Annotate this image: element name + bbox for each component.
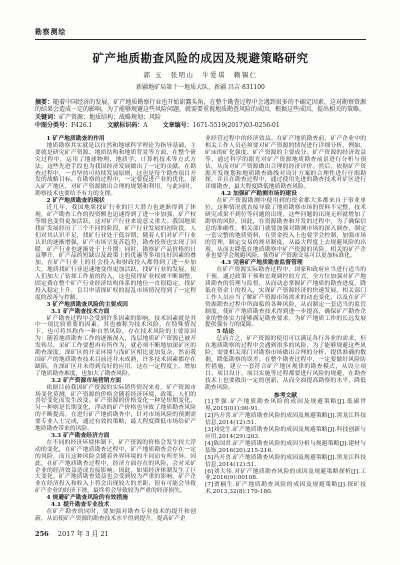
paragraph: 地质勘察其实就是以自然和地球科学理论为指导基础，主要就是研究矿产资源、地质结构和… <box>35 143 196 198</box>
reference-item: [7]贾楠生.矿产地质勘查风险的成因及规避策略[J].探矿技术,2013,32(… <box>205 482 366 496</box>
keywords-label: 关键词： <box>35 114 59 121</box>
keywords-block: 关键词：矿产资源；地质结构；战略规划；风险 <box>35 114 366 122</box>
classification-line: 中图分类号：F426.1 文献标识码：A 文章编号：1671-5519(2017… <box>35 122 366 130</box>
page-content: 勘察测绘 矿产地质勘查风险的成因及规避策略研究 郭 玉 张明山 牛爱琪 赖锡仁 … <box>35 26 366 523</box>
section-heading: 4 规避矿产勘查风险的有效措施 <box>35 495 196 502</box>
paragraph: 依据目前我国矿产资源的实际销售情况来看，矿产资源市场变化莫测，矿产资源的价格会随… <box>35 385 196 433</box>
clc-number: 中图分类号：F426.1 <box>35 122 92 129</box>
authors-line: 郭 玉 张明山 牛爱琪 赖锡仁 <box>35 70 366 79</box>
two-column-body: 1 矿产地质勘查的作用 地质勘察其实就是以自然和地球科学理论为指导基础，主要就是… <box>35 136 366 523</box>
journal-section-tag: 勘察测绘 <box>35 26 366 36</box>
abstract-block: 摘要：随着中国经济的发展，矿产地质勘察行业也开始崭露头角，在整个勘查过程中会遇到… <box>35 99 366 114</box>
subsection-heading: 3.2 矿产资源市场营销方面 <box>35 378 196 385</box>
subsection-heading: 3.1 矿产勘查技术方面 <box>35 309 196 316</box>
reference-item: [6]刘大伟.对矿产地质勘查风险的成因及规避策略探析[J].工业,2016(9)… <box>205 469 366 483</box>
abstract-label: 摘要： <box>35 99 53 106</box>
page-number: 256 <box>35 530 49 538</box>
header-rule <box>35 39 366 40</box>
subsection-heading: 3.3 矿产勘查经济方面 <box>35 433 196 440</box>
section-heading: 3 矿产地质勘查风险的主要成因 <box>35 302 196 309</box>
paragraph: 总而言之，矿产资源的使用可以满足各行各业的需求，但在地质勘察的过程中会遇到很多的… <box>205 336 366 391</box>
paragraph: 在不同的经济环境体制下，矿产资源的价格会发生较大浮动的变化，在矿产地质勘查过程中… <box>35 440 196 495</box>
paragraph: 在矿产资源实际勘查过程中，国家和政府应当进行适当的干预，通过政策干预和宏观调控的… <box>205 267 366 329</box>
paragraph: 矿产勘查过程中会受到许多因素的影响，技术因素就是其中一项比较重要的因素，其也被称… <box>35 316 196 378</box>
reference-item: [1]罗强.矿产地质勘查风险的成因及规避策略[J].低碳世界,2015(01):… <box>205 399 366 413</box>
affiliation-line: 新疆地矿局第十一地质大队，新疆 昌吉 831100 <box>35 82 366 91</box>
issue-date: 2017 年 3 月 21 <box>58 530 109 538</box>
paper-title: 矿产地质勘查风险的成因及规避策略研究 <box>35 50 366 66</box>
reference-item: [2]冯开喜.矿产地质勘查风险的成因及规避策略[J].黑龙江科技信息,2014(… <box>205 413 366 427</box>
paper-page: 勘察测绘 矿产地质勘查风险的成因及规避策略研究 郭 玉 张明山 牛爱琪 赖锡仁 … <box>0 0 400 565</box>
document-code: 文献标识码：A <box>107 122 147 129</box>
article-number: 文章编号：1671-5519(2017)03-0256-01 <box>163 122 280 129</box>
paragraph-continuation: 业经营过程中的经济效益。在矿产地质勘查前，矿产企业中的相关工作人员必须要对矿产资… <box>205 136 366 191</box>
section-heading: 1 矿产地质勘查的作用 <box>35 136 196 143</box>
paragraph: 在矿产勘查的同时，要加强对勘查专业技术的提升和创新，从而使矿产资源的勘查技术水平… <box>35 509 196 523</box>
paragraph: 近几年，我国地质找矿行业的巨大潜力也逐渐得到了体现，矿产勘查工作的投资额也迅速得… <box>35 205 196 302</box>
reference-item: [5]冯开喜.矿产地质勘查风险的成因及规避策略[J].黑龙江科技信息,2014(… <box>205 455 366 469</box>
abstract-text: 随着中国经济的发展，矿产地质勘察行业也开始崭露头角，在整个勘查过程中会遇到很多的… <box>35 99 366 114</box>
keywords-text: 矿产资源；地质结构；战略规划；风险 <box>59 114 161 121</box>
paragraph: 在矿产资源勘测中使用到的资金都大多都来自于事业单位，这种情况就直接导致了地质勘察… <box>205 198 366 260</box>
subsection-heading: 4.1 提升勘查专业技术 <box>35 502 196 509</box>
left-column: 1 矿产地质勘查的作用 地质勘察其实就是以自然和地球科学理论为指导基础，主要就是… <box>35 136 196 523</box>
reference-item: [4]陈国君.矿产地质勘查风险的成因分析与规避策略[J].建材与装饰,2016(… <box>205 441 366 455</box>
reference-item: [3]刘党生.矿产地质勘查风险的成因及规避策略[J].科技创新与应用,2014(… <box>205 427 366 441</box>
page-footer: 2562017 年 3 月 21 <box>35 528 109 538</box>
right-column: 业经营过程中的经济效益。在矿产地质勘查前，矿产企业中的相关工作人员必须要对矿产资… <box>205 136 366 523</box>
